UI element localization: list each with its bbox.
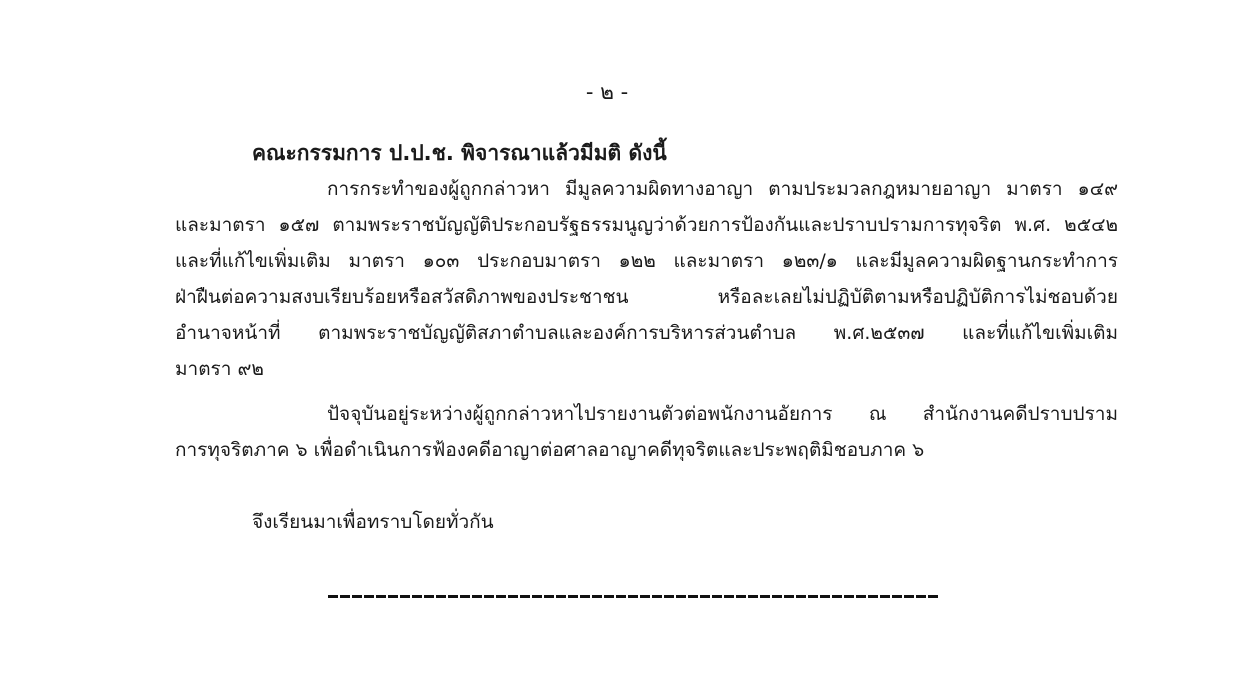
paragraph-line: มาตรา ๙๒ xyxy=(175,351,1118,387)
end-of-document-divider xyxy=(328,595,940,598)
paragraph-line: การกระทำของผู้ถูกกล่าวหา มีมูลความผิดทาง… xyxy=(175,171,1118,207)
resolution-heading: คณะกรรมการ ป.ป.ช. พิจารณาแล้วมีมติ ดังนี… xyxy=(252,136,667,170)
paragraph-line: และที่แก้ไขเพิ่มเติม มาตรา ๑๐๓ ประกอบมาต… xyxy=(175,243,1118,279)
closing-statement: จึงเรียนมาเพื่อทราบโดยทั่วกัน xyxy=(252,504,494,540)
paragraph-line: ปัจจุบันอยู่ระหว่างผู้ถูกกล่าวหาไปรายงาน… xyxy=(175,396,1118,432)
paragraph-line: การทุจริตภาค ๖ เพื่อดำเนินการฟ้องคดีอาญา… xyxy=(175,432,1118,468)
paragraph-line: ฝ่าฝืนต่อความสงบเรียบร้อยหรือสวัสดิภาพขอ… xyxy=(175,279,1118,315)
paragraph-line: อำนาจหน้าที่ ตามพระราชบัญญัติสภาตำบลและอ… xyxy=(175,315,1118,351)
paragraph-current-status: ปัจจุบันอยู่ระหว่างผู้ถูกกล่าวหาไปรายงาน… xyxy=(175,396,1118,468)
page-number: - ๒ - xyxy=(0,78,1214,106)
paragraph-line: และมาตรา ๑๕๗ ตามพระราชบัญญัติประกอบรัฐธร… xyxy=(175,207,1118,243)
paragraph-findings: การกระทำของผู้ถูกกล่าวหา มีมูลความผิดทาง… xyxy=(175,171,1118,387)
